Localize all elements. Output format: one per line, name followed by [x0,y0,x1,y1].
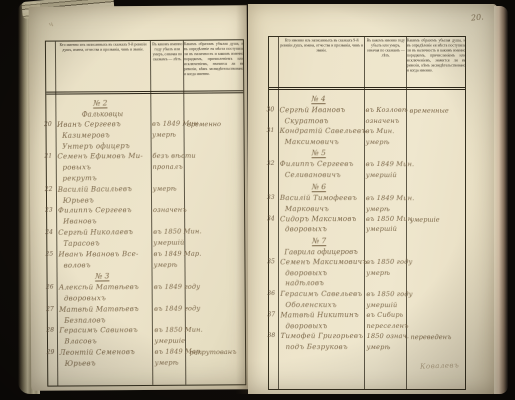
entry-row-number: 32 [267,160,278,167]
entry-row-number: 37 [267,311,278,318]
header-text-who: Кто именно изъ записанныхъ въ сказкахъ 9… [55,41,150,53]
entry-remark: рекрутованъ [190,348,237,357]
entry-name: Василій ТимофеевъМарковичъ [280,192,380,213]
entry-name: Василій ВасильевъЮрьевъ [58,183,167,206]
entry-name: Герасимъ СавельевъОболенскихъ [280,289,380,310]
entry-fate: въ 1850 годуумерѣ [366,257,418,278]
entry-fate: въ 1849 Мар.умерѣ [153,248,196,270]
entry-remark: временные [409,107,448,115]
entry-name: Филиппъ СергеевъИвановъ [58,205,167,227]
entry-fate-line: въ Мин. [366,126,418,137]
right-register-table: № по порядку Кто именно изъ записанныхъ … [268,36,466,390]
header-cell-how: Какимъ образомъ убылая душа, и въ опредѣ… [183,40,243,90]
entry-fate-line: умерѣ [152,129,195,140]
entry-fate-line: пропалъ [152,162,195,173]
register-entry: 31Кондратій СавельевъМаксимовичъвъ Мин.у… [269,126,465,147]
entry-fate-line: въ 1849 Мар. [153,248,196,259]
entry-fate: въ 1850 Мин.умершій [153,226,196,248]
entry-row-number: 35 [267,258,278,265]
header-cell-who: Кто именно изъ записанныхъ въ сказкахъ 9… [278,37,364,87]
register-entry: 36Герасимъ СавельевъОболенскихъвъ 1850 г… [269,289,465,310]
entry-name-line: Юрьевъ [60,357,169,369]
entry-row-number: 22 [45,186,56,193]
right-page: 20. № по порядку Кто именно изъ записанн… [248,4,497,394]
entry-name-line: Иванъ Ивановъ Все- [58,248,167,259]
section-heading: № 7Гаврила офицеровъ [269,235,465,258]
header-text-when: Въ какомъ именно году убылъ или умеръ, о… [150,41,183,62]
header-double-rule [269,89,465,90]
entry-fate-line: въ 1850 Мин. [153,226,196,237]
entry-name-line: Тарасовъ [58,237,167,249]
entry-fate-line: умерѣ [366,137,418,148]
header-cell-how: Какимъ образомъ убылая душа, и въ опредѣ… [406,37,465,87]
entry-name-line: Максимовичъ [280,137,380,148]
entry-name: Матвѣй МатвѣевъБезпаловъ [59,303,168,326]
entry-fate: въ Мин.умерѣ [366,126,418,147]
entry-fate: въ 1849 Мин.умершій [366,159,418,180]
entry-fate: умерѣ [153,183,196,194]
section-subtitle: Гаврила офицеровъ [282,247,360,257]
entry-remark: переведенъ [411,333,452,341]
entry-name: Герасимъ СавиновъВласовъ [59,325,168,347]
entry-fate: въ 1849 году [154,282,197,293]
entry-fate-line: умерѣ [366,203,418,214]
entry-name-line: дворовыхъ [59,293,168,304]
section-number: № 5 [288,147,350,159]
entry-fate-line: умерѣ [154,259,197,270]
entry-row-number: 29 [47,349,58,356]
entry-row-number: 21 [44,153,55,160]
section-heading: № 5 [269,147,465,160]
register-entry: 25Иванъ Ивановъ Все-воловъвъ 1849 Мар.ум… [47,248,244,271]
marginal-signature: Ковалевъ [420,361,459,370]
entry-fate: въ 1850 Мин.умершіе [154,325,197,347]
entry-row-number: 31 [267,127,278,134]
entry-row-number: 28 [46,327,57,334]
left-register-table: № по порядку Кто именно изъ записанныхъ … [45,39,246,386]
entry-fate-line: умерѣ [367,342,419,353]
entry-name: Семенъ Ефимовъ Ми-ровыхърекрутъ [57,151,166,184]
right-entries: № 430Сергѣй ИвановъСкуратовъвъ Козловѣоз… [268,93,465,353]
register-entry: 28Герасимъ СавиновъВласовъвъ 1850 Мин.ум… [48,325,245,348]
entry-fate-line: умерѣ [155,357,198,368]
register-entry: 37Матвѣй Никитинъдворовыхъвъ Сибирьперес… [269,309,465,331]
entry-fate-line: въ 1849 году [154,282,197,293]
register-entry: 21Семенъ Ефимовъ Ми-ровыхърекрутъбезъ вѣ… [46,151,243,185]
section-number: № 2 [65,97,136,110]
entry-fate-line: въ 1849 Мин. [366,193,418,204]
register-entry: 24Сергѣй НиколаевъТарасовъвъ 1850 Мин.ум… [47,226,244,250]
entry-fate-line: въ 1849 Мин. [366,159,418,170]
entry-remark: умершіе [410,215,440,223]
entry-fate-line: умершіе [154,336,197,347]
entry-fate-line: означенъ [153,205,196,216]
entry-name-line: Власовъ [59,336,168,347]
entry-fate: въ 1849 Мин.умерѣ [366,193,418,214]
entry-row-number: 20 [44,121,55,128]
entry-fate: безъ вѣстипропалъ [152,151,195,173]
entry-row-number: 34 [267,215,278,222]
entry-row-number: 23 [45,207,56,214]
register-entry: 30Сергѣй ИвановъСкуратовъвъ Козловѣознач… [268,105,464,127]
entry-fate: въ 1850 годуумершій [366,289,418,310]
register-entry: 22Василій ВасильевъЮрьевъумерѣ [47,183,244,207]
register-entry: 34Сидоръ Максимовъдворовыхъвъ 1850 Мин.у… [269,213,465,235]
entry-fate: въ Сибирьпереселенъ [366,310,418,331]
entry-row-number: 33 [267,193,278,200]
entry-row-number: 36 [267,290,278,297]
register-entry: 20Иванъ СергеевъКазимеровъУнтеръ офицеръ… [46,118,243,153]
book-page-edge-right [494,6,508,394]
entry-row-number: 24 [45,229,56,236]
header-double-rule [46,92,243,94]
entry-name: Леонтій СеменовъЮрьевъ [60,347,169,370]
entry-name-line: Тимофей Григорьевъ [281,331,381,342]
section-number: № 6 [288,181,350,193]
entry-fate-line: въ 1850 Мин. [154,325,197,336]
left-page: ч № по порядку Кто именно изъ записанных… [29,5,250,391]
entry-name-line: Алексѣй Матвѣевъ [59,282,168,293]
header-cell-who: Кто именно изъ записанныхъ въ сказкахъ 9… [55,41,150,92]
header-cell-when: Въ какомъ именно году убылъ или умеръ, о… [364,37,406,87]
register-entry: 35Семенъ Максимовичъдворовыхънадѣловъвъ … [269,257,465,290]
entry-fate: означенъ [153,205,196,216]
left-table-header: № по порядку Кто именно изъ записанныхъ … [46,40,243,92]
register-entry: 26Алексѣй Матвѣевъдворовыхъвъ 1849 году [48,282,245,305]
entry-name-line: Герасимъ Савельевъ [280,289,380,300]
entry-name: Иванъ СергеевъКазимеровъУнтеръ офицеръ [57,119,166,153]
entry-fate-line: умершій [153,237,196,248]
entry-name-line: Филиппъ Сергеевъ [280,159,380,170]
section-heading: № 6 [269,180,465,193]
entry-fate-line: умерѣ [366,267,418,278]
entry-fate-line: въ 1850 году [366,289,418,300]
header-cell-row-number: № по порядку [46,42,55,92]
section-heading: № 2Фальковцы [46,96,243,120]
entry-row-number: 38 [268,332,279,339]
entry-fate: въ 1849 году [154,303,197,314]
register-entry: 23Филиппъ СергеевъИвановъозначенъ [47,205,244,228]
page-number: 20. [471,12,485,22]
entry-fate-line: безъ вѣсти [152,151,195,162]
register-entry: 27Матвѣй МатвѣевъБезпаловъвъ 1849 году [48,303,245,327]
entry-fate-line: означенъ [366,115,418,126]
corner-pen-mark: ч [47,20,54,29]
entry-name-line: рекрутъ [58,173,167,184]
entry-name-line: Ивановъ [58,216,167,227]
register-entry: 38Тимофей Григорьевъподъ Безруковъ1850 о… [270,331,466,352]
entry-fate-line: умершій [366,224,418,235]
register-entry: 29Леонтій СеменовъЮрьевъвъ 1849 Мар.умер… [49,346,246,370]
entry-name: Иванъ Ивановъ Все-воловъ [58,248,167,270]
entry-row-number: 27 [46,306,57,313]
section-heading: № 4 [268,93,464,106]
entry-fate-line: умерѣ [153,183,196,194]
right-table-header: № по порядку Кто именно изъ записанныхъ … [269,37,465,88]
entry-row-number: 25 [45,250,56,257]
section-number: № 4 [287,93,349,105]
entry-name-line: воловъ [59,259,168,270]
register-entry: 33Василій ТимофеевъМарковичъвъ 1849 Мин.… [269,192,465,213]
left-entries: № 2Фальковцы20Иванъ СергеевъКазимеровъУн… [46,96,246,370]
section-number: № 7 [288,235,350,247]
entry-fate-line: въ 1849 году [154,303,197,314]
entry-name-line: Марковичъ [280,203,380,214]
header-text-how: Какимъ образомъ убылая душа, и въ опредѣ… [406,37,465,73]
register-entry: 32Филиппъ СергеевъСеливановичъвъ 1849 Ми… [269,159,465,180]
entry-row-number: 26 [46,284,57,291]
header-cell-when: Въ какомъ именно году убылъ или умеръ, о… [150,41,183,91]
entry-name-line: надѣловъ [280,278,380,289]
entry-name: Алексѣй Матвѣевъдворовыхъ [59,282,168,304]
entry-row-number: 30 [266,106,277,113]
entry-fate-line: умершій [366,299,418,310]
header-text-how: Какимъ образомъ убылая душа, и въ опредѣ… [183,40,243,76]
entry-fate-line: умершій [366,170,418,181]
header-text-when: Въ какомъ именно году убылъ или умеръ, о… [364,37,406,58]
register-book-photograph: ч № по порядку Кто именно изъ записанных… [0,0,515,400]
header-text-who: Кто именно изъ записанныхъ въ сказкахъ 9… [278,37,364,53]
entry-fate-line: въ Сибирь [366,310,418,321]
entry-name: Сергѣй НиколаевъТарасовъ [58,227,167,250]
entry-remark: временно [187,120,221,128]
entry-fate-line: въ 1850 году [366,257,418,268]
entry-fate-line: переселенъ [366,320,418,331]
header-cell-row-number: № по порядку [269,37,278,87]
